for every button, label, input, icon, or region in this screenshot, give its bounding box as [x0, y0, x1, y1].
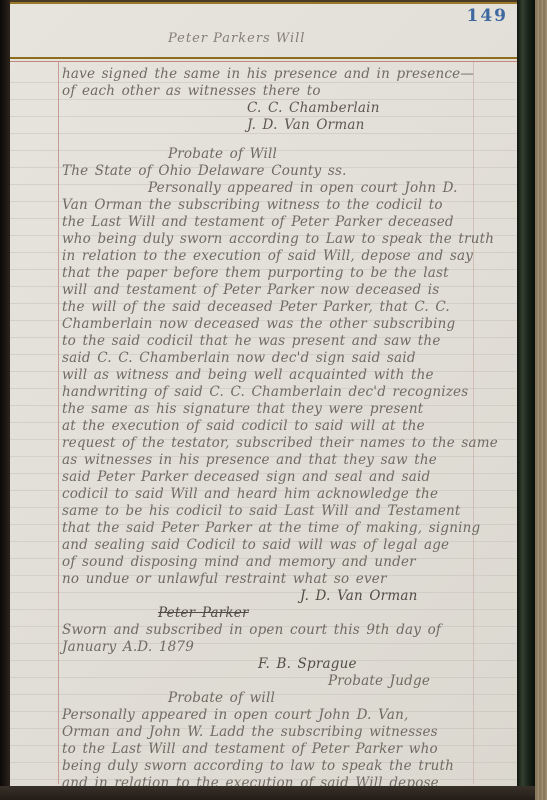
manuscript-line: Orman and John W. Ladd the subscribing w…	[62, 724, 517, 741]
manuscript-line: in relation to the execution of said Wil…	[62, 248, 517, 265]
manuscript-line: will and testament of Peter Parker now d…	[62, 282, 517, 299]
judge-signature: F. B. Sprague	[62, 656, 517, 673]
manuscript-line: request of the testator, subscribed thei…	[62, 435, 517, 452]
manuscript-line: Personally appeared in open court John D…	[62, 180, 517, 197]
book-gutter	[0, 0, 10, 800]
judge-title: Probate Judge	[62, 673, 517, 690]
witness-signature: J. D. Van Orman	[62, 117, 517, 134]
manuscript-line: have signed the same in his presence and…	[62, 66, 517, 83]
record-page: 149 Peter Parkers Will have signed the s…	[10, 0, 517, 786]
manuscript-line: to the Last Will and testament of Peter …	[62, 741, 517, 758]
top-gold-rule	[10, 2, 517, 4]
manuscript-line: Personally appeared in open court John D…	[62, 707, 517, 724]
book-cover-edge	[517, 0, 535, 788]
header-gold-rule	[10, 57, 517, 59]
manuscript-line: who being duly sworn according to Law to…	[62, 231, 517, 248]
attestation-line: January A.D. 1879	[62, 639, 517, 656]
section-heading: Probate of Will	[62, 146, 517, 163]
manuscript-line: at the execution of said codicil to said…	[62, 418, 517, 435]
page-header-title: Peter Parkers Will	[168, 31, 305, 46]
section-heading: Probate of will	[62, 690, 517, 707]
attestation-line: Sworn and subscribed in open court this …	[62, 622, 517, 639]
manuscript-line: the Last Will and testament of Peter Par…	[62, 214, 517, 231]
manuscript-line: same to be his codicil to said Last Will…	[62, 503, 517, 520]
header-red-rule	[10, 61, 517, 62]
page-number: 149	[448, 6, 508, 26]
manuscript-line: that the said Peter Parker at the time o…	[62, 520, 517, 537]
manuscript-line: of each other as witnesses there to	[62, 83, 517, 100]
manuscript-line: as witnesses in his presence and that th…	[62, 452, 517, 469]
page-fore-edge	[535, 0, 547, 800]
manuscript-text: have signed the same in his presence and…	[62, 66, 517, 792]
witness-signature: C. C. Chamberlain	[62, 100, 517, 117]
struck-out-name: Peter Parker	[62, 605, 517, 622]
left-margin-line	[58, 62, 59, 784]
manuscript-line: said C. C. Chamberlain now dec'd sign sa…	[62, 350, 517, 367]
line-gap	[62, 134, 517, 146]
manuscript-line: and sealing said Codicil to said will wa…	[62, 537, 517, 554]
manuscript-line: codicil to said Will and heard him ackno…	[62, 486, 517, 503]
manuscript-line: of sound disposing mind and memory and u…	[62, 554, 517, 571]
manuscript-line: to the said codicil that he was present …	[62, 333, 517, 350]
manuscript-line: being duly sworn according to law to spe…	[62, 758, 517, 775]
manuscript-line: Chamberlain now deceased was the other s…	[62, 316, 517, 333]
manuscript-line: handwriting of said C. C. Chamberlain de…	[62, 384, 517, 401]
manuscript-line: the same as his signature that they were…	[62, 401, 517, 418]
bottom-book-edge	[0, 786, 535, 800]
venue-line: The State of Ohio Delaware County ss.	[62, 163, 517, 180]
manuscript-line: said Peter Parker deceased sign and seal…	[62, 469, 517, 486]
manuscript-line: the will of the said deceased Peter Park…	[62, 299, 517, 316]
manuscript-line: will as witness and being well acquainte…	[62, 367, 517, 384]
manuscript-line: Van Orman the subscribing witness to the…	[62, 197, 517, 214]
manuscript-line: that the paper before them purporting to…	[62, 265, 517, 282]
manuscript-line: no undue or unlawful restraint what so e…	[62, 571, 517, 588]
record-book-scan: 149 Peter Parkers Will have signed the s…	[0, 0, 547, 800]
deponent-signature: J. D. Van Orman	[62, 588, 517, 605]
